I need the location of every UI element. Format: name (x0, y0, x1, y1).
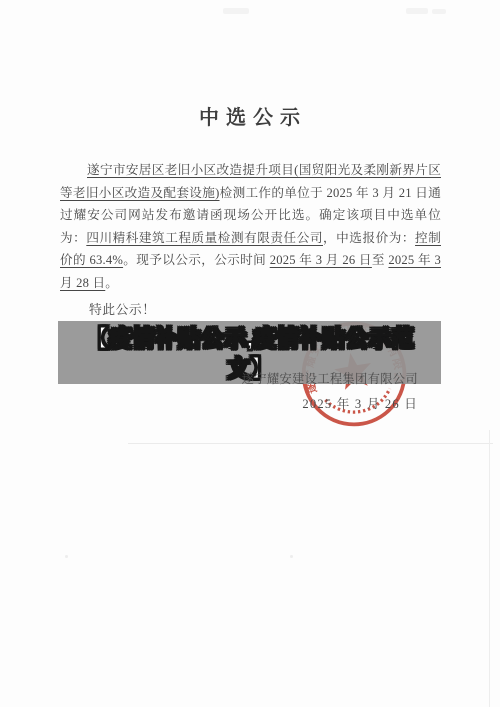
paragraph-segment-to: 至 (372, 253, 389, 267)
signature-company: 遂宁耀安建设工程集团有限公司 (236, 369, 418, 387)
scan-edge-horizontal (128, 443, 493, 444)
document-page: 中 选 公 示 遂宁市安居区老旧小区改造提升项目(国贸阳光及柔刚新界片区等老旧小… (0, 0, 500, 707)
paragraph-segment-winner: 四川精科建筑工程质量检测有限责任公司 (86, 231, 323, 245)
scan-smudge (406, 8, 428, 14)
closing-statement: 特此公示！ (60, 299, 441, 318)
paragraph-segment-period: 。 (105, 276, 118, 290)
scan-smudge (223, 8, 249, 14)
scan-edge-vertical (489, 430, 490, 707)
scan-smudge (432, 9, 446, 14)
scan-speck (65, 555, 68, 558)
paragraph-segment-price-label: ，中选报价为： (323, 231, 415, 245)
signature-date: 2025 年 3 月 26 日 (238, 393, 418, 412)
document-title: 中 选 公 示 (0, 101, 500, 130)
paragraph-segment-publicity: 。现予以公示，公示时间 (123, 253, 270, 267)
body-paragraph: 遂宁市安居区老旧小区改造提升项目(国贸阳光及柔刚新界片区等老旧小区改造及配套设施… (60, 159, 441, 295)
paragraph-segment-date-start: 2025 年 3 月 26 日 (270, 253, 372, 267)
scan-speck (290, 555, 293, 558)
